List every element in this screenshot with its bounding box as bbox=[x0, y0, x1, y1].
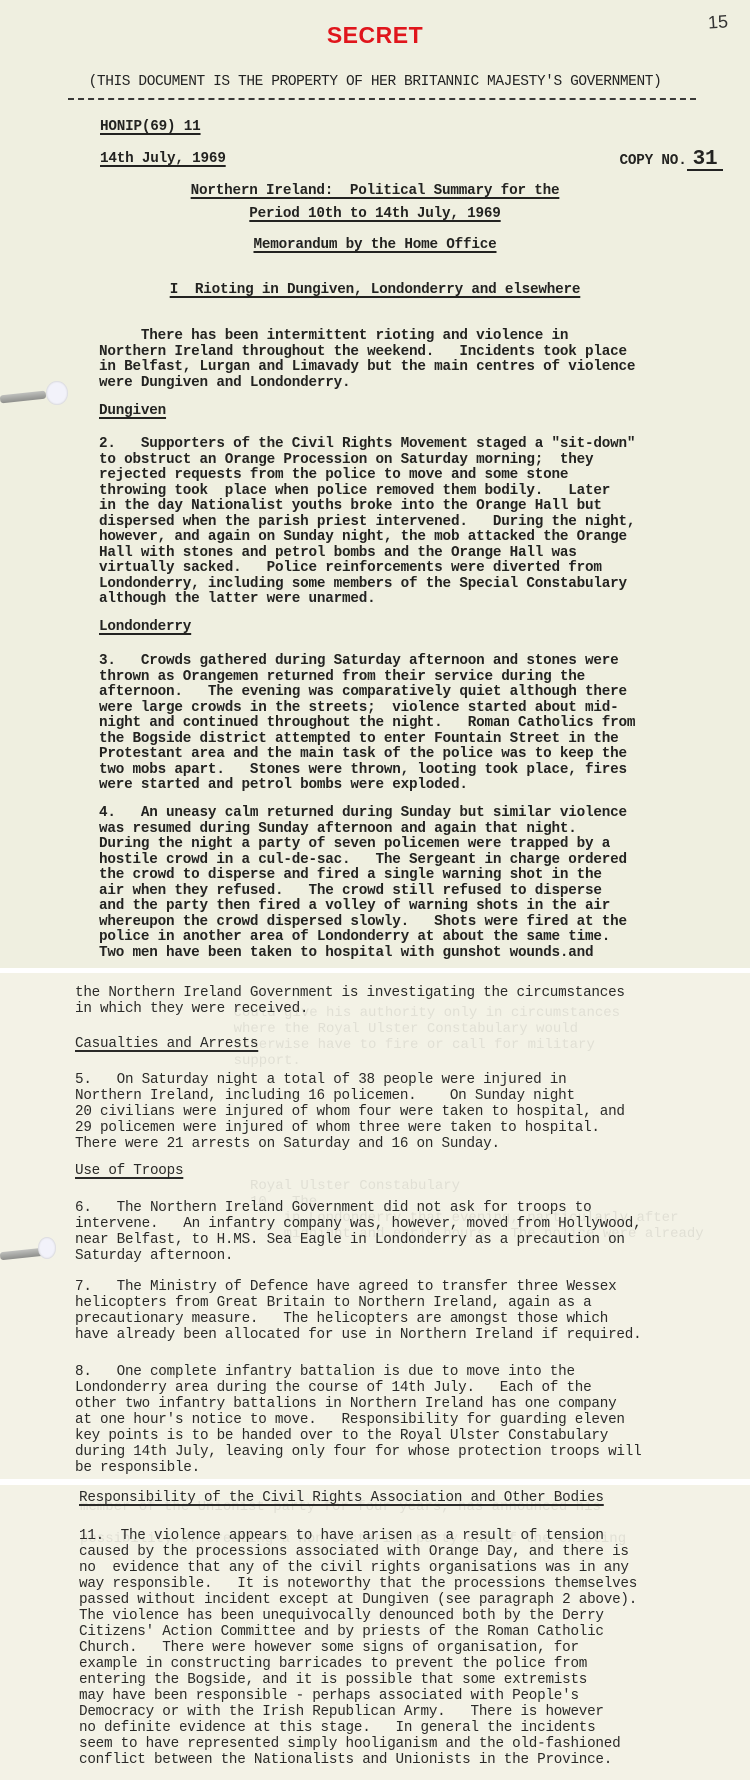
text-line: during 14th July, leaving only four for … bbox=[75, 1444, 715, 1460]
text-line: near Belfast, to H.MS. Sea Eagle in Lond… bbox=[75, 1232, 715, 1248]
text-line: and the party then fired a volley of war… bbox=[99, 899, 739, 915]
paragraph-7: 7. The Ministry of Defence have agreed t… bbox=[75, 1279, 715, 1343]
punch-hole bbox=[46, 381, 68, 405]
paragraph-4: 4. An uneasy calm returned during Sunday… bbox=[99, 806, 739, 961]
text-line: thrown as Orangemen returned from their … bbox=[99, 670, 739, 686]
paragraph-11: 11. The violence appears to have arisen … bbox=[79, 1528, 719, 1768]
document-page-1: SECRET 15 (THIS DOCUMENT IS THE PROPERTY… bbox=[0, 0, 750, 968]
paragraph-8: 8. One complete infantry battalion is du… bbox=[75, 1364, 715, 1476]
text-line: virtually sacked. Police reinforcements … bbox=[99, 561, 739, 577]
text-line: caused by the processions associated wit… bbox=[79, 1544, 719, 1560]
text-line: were large crowds in the streets; violen… bbox=[99, 701, 739, 717]
handwritten-page-number: 15 bbox=[707, 11, 728, 33]
text-line: the Bogside district attempted to enter … bbox=[99, 732, 739, 748]
text-line: seem to have represented simply hooligan… bbox=[79, 1736, 719, 1752]
text-line: throwing took place when police removed … bbox=[99, 484, 739, 500]
text-line: two mobs apart. Stones were thrown, loot… bbox=[99, 763, 739, 779]
text-line: Londonderry area during the course of 14… bbox=[75, 1380, 715, 1396]
text-line: rejected requests from the police to mov… bbox=[99, 468, 739, 484]
punch-hole bbox=[38, 1237, 56, 1259]
text-line: There has been intermittent rioting and … bbox=[99, 329, 739, 345]
text-line: whereupon the crowd dispersed slowly. Sh… bbox=[99, 915, 739, 931]
document-page-2: could give his authority only in circums… bbox=[0, 973, 750, 1479]
paragraph-4-continued: the Northern Ireland Government is inves… bbox=[75, 985, 715, 1017]
paragraph-6: 6. The Northern Ireland Government did n… bbox=[75, 1200, 715, 1264]
text-line: air when they refused. The crowd still r… bbox=[99, 884, 739, 900]
text-line: police in another area of Londonderry at… bbox=[99, 930, 739, 946]
intro-paragraph: There has been intermittent rioting and … bbox=[99, 329, 739, 391]
heading-londonderry: Londonderry bbox=[99, 620, 191, 636]
text-line: in which they were received. bbox=[75, 1001, 715, 1017]
text-line: 4. An uneasy calm returned during Sunday… bbox=[99, 806, 739, 822]
text-line: 6. The Northern Ireland Government did n… bbox=[75, 1200, 715, 1216]
text-line: 8. One complete infantry battalion is du… bbox=[75, 1364, 715, 1380]
text-line: Londonderry, including some members of t… bbox=[99, 577, 739, 593]
copy-label: COPY NO. bbox=[620, 153, 687, 169]
text-line: The violence has been unequivocally deno… bbox=[79, 1608, 719, 1624]
property-notice: (THIS DOCUMENT IS THE PROPERTY OF HER BR… bbox=[0, 74, 750, 90]
text-line: example in constructing barricades to pr… bbox=[79, 1656, 719, 1672]
text-line: be responsible. bbox=[75, 1460, 715, 1476]
text-line: although the latter were unarmed. bbox=[99, 592, 739, 608]
text-line: Saturday afternoon. bbox=[75, 1248, 715, 1264]
text-line: have already been allocated for use in N… bbox=[75, 1327, 715, 1343]
heading-dungiven: Dungiven bbox=[99, 404, 166, 420]
heading-casualties: Casualties and Arrests bbox=[75, 1036, 258, 1052]
text-line: 2. Supporters of the Civil Rights Moveme… bbox=[99, 437, 739, 453]
text-line: afternoon. The evening was comparatively… bbox=[99, 685, 739, 701]
text-line: intervene. An infantry company was, howe… bbox=[75, 1216, 715, 1232]
text-line: 20 civilians were injured of whom four w… bbox=[75, 1104, 715, 1120]
text-line: Democracy or with the Irish Republican A… bbox=[79, 1704, 719, 1720]
document-page-3: member of the Unionist party for four ye… bbox=[0, 1485, 750, 1780]
text-line: night and continued throughout the night… bbox=[99, 716, 739, 732]
text-line: There were 21 arrests on Saturday and 16… bbox=[75, 1136, 715, 1152]
text-line: Protestant area and the main task of the… bbox=[99, 747, 739, 763]
title-line-2: Period 10th to 14th July, 1969 bbox=[0, 207, 750, 223]
text-line: Northern Ireland throughout the weekend.… bbox=[99, 345, 739, 361]
text-line: no evidence that any of the civil rights… bbox=[79, 1560, 719, 1576]
text-line: were Dungiven and Londonderry. bbox=[99, 376, 739, 392]
text-line: was resumed during Sunday afternoon and … bbox=[99, 822, 739, 838]
text-line: in the day Nationalist youths broke into… bbox=[99, 499, 739, 515]
text-line: 7. The Ministry of Defence have agreed t… bbox=[75, 1279, 715, 1295]
text-line: 11. The violence appears to have arisen … bbox=[79, 1528, 719, 1544]
text-line: passed without incident except at Dungiv… bbox=[79, 1592, 719, 1608]
paragraph-5: 5. On Saturday night a total of 38 peopl… bbox=[75, 1072, 715, 1152]
text-line: 3. Crowds gathered during Saturday after… bbox=[99, 654, 739, 670]
text-line: way responsible. It is noteworthy that t… bbox=[79, 1576, 719, 1592]
text-line: Two men have been taken to hospital with… bbox=[99, 946, 739, 962]
document-date: 14th July, 1969 bbox=[100, 152, 226, 168]
heading-responsibility: Responsibility of the Civil Rights Assoc… bbox=[79, 1490, 604, 1506]
section-heading: I Rioting in Dungiven, Londonderry and e… bbox=[0, 283, 750, 299]
text-line: to obstruct an Orange Procession on Satu… bbox=[99, 453, 739, 469]
text-line: During the night a party of seven police… bbox=[99, 837, 739, 853]
text-line: helicopters from Great Britain to Northe… bbox=[75, 1295, 715, 1311]
document-reference: HONIP(69) 11 bbox=[100, 120, 201, 136]
text-line: dispersed when the parish priest interve… bbox=[99, 515, 739, 531]
text-line: Citizens' Action Committee and by priest… bbox=[79, 1624, 719, 1640]
text-line: precautionary measure. The helicopters a… bbox=[75, 1311, 715, 1327]
text-line: key points is to be handed over to the R… bbox=[75, 1428, 715, 1444]
text-line: at one hour's notice to move. Responsibi… bbox=[75, 1412, 715, 1428]
text-line: Northern Ireland, including 16 policemen… bbox=[75, 1088, 715, 1104]
text-line: the Northern Ireland Government is inves… bbox=[75, 985, 715, 1001]
text-line: 5. On Saturday night a total of 38 peopl… bbox=[75, 1072, 715, 1088]
copy-number-field: COPY NO.31 bbox=[586, 135, 723, 186]
memorandum-subtitle: Memorandum by the Home Office bbox=[0, 238, 750, 254]
classification-stamp: SECRET bbox=[0, 22, 750, 49]
text-line: no definite evidence at this stage. In g… bbox=[79, 1720, 719, 1736]
text-line: were started and petrol bombs were explo… bbox=[99, 778, 739, 794]
title-line-1: Northern Ireland: Political Summary for … bbox=[0, 184, 750, 200]
text-line: in Belfast, Lurgan and Limavady but the … bbox=[99, 360, 739, 376]
copy-number: 31 bbox=[687, 151, 724, 171]
dashed-rule bbox=[68, 98, 696, 100]
text-line: Church. There were however some signs of… bbox=[79, 1640, 719, 1656]
text-line: may have been responsible - perhaps asso… bbox=[79, 1688, 719, 1704]
text-line: the crowd to disperse and fired a single… bbox=[99, 868, 739, 884]
text-line: entering the Bogside, and it is possible… bbox=[79, 1672, 719, 1688]
text-line: other two infantry battalions in Norther… bbox=[75, 1396, 715, 1412]
paragraph-2: 2. Supporters of the Civil Rights Moveme… bbox=[99, 437, 739, 608]
paragraph-3: 3. Crowds gathered during Saturday after… bbox=[99, 654, 739, 794]
text-line: 29 policemen were injured of whom three … bbox=[75, 1120, 715, 1136]
binding-string bbox=[0, 391, 46, 404]
text-line: however, and again on Sunday night, the … bbox=[99, 530, 739, 546]
text-line: Hall with stones and petrol bombs and th… bbox=[99, 546, 739, 562]
heading-use-of-troops: Use of Troops bbox=[75, 1163, 183, 1179]
text-line: hostile crowd in a cul-de-sac. The Serge… bbox=[99, 853, 739, 869]
text-line: conflict between the Nationalists and Un… bbox=[79, 1752, 719, 1768]
